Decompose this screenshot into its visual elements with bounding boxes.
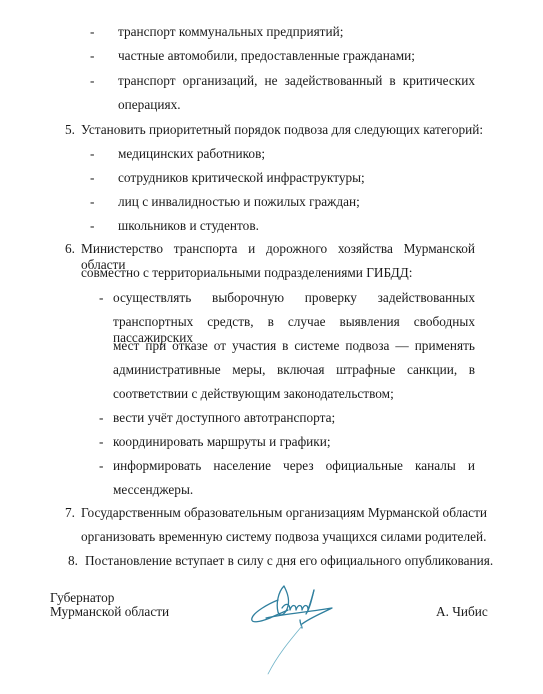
item-8-text: Постановление вступает в силу с дня его …: [85, 553, 493, 569]
list-item: медицинских работников;: [118, 146, 265, 162]
list-item: сотрудников критической инфраструктуры;: [118, 170, 365, 186]
item-6-text-continuation: совместно с территориальными подразделен…: [81, 265, 412, 281]
list-item-continuation: операциях.: [118, 97, 181, 113]
list-item-continuation: соответствии с действующим законодательс…: [113, 386, 394, 402]
bullet-dash: -: [90, 48, 94, 64]
list-item: информировать население через официальны…: [113, 458, 475, 474]
bullet-dash: -: [90, 24, 94, 40]
item-number-6: 6.: [65, 241, 75, 257]
list-item: координировать маршруты и графики;: [113, 434, 331, 450]
list-item: лиц с инвалидностью и пожилых граждан;: [118, 194, 360, 210]
item-7-text-continuation: организовать временную систему подвоза у…: [81, 529, 486, 545]
item-number-7: 7.: [65, 505, 75, 521]
handwritten-signature-icon: [248, 578, 348, 678]
list-item: осуществлять выборочную проверку задейст…: [113, 290, 475, 306]
list-item: транспорт коммунальных предприятий;: [118, 24, 343, 40]
bullet-dash: -: [90, 218, 94, 234]
signatory-region: Мурманской области: [50, 605, 169, 619]
bullet-dash: -: [90, 194, 94, 210]
item-number-8: 8.: [68, 553, 78, 569]
signatory-title: Губернатор: [50, 591, 114, 605]
bullet-dash: -: [99, 410, 103, 426]
item-5-text: Установить приоритетный порядок подвоза …: [81, 122, 483, 138]
item-number-5: 5.: [65, 122, 75, 138]
bullet-dash: -: [99, 290, 103, 306]
bullet-dash: -: [90, 170, 94, 186]
document-page: - транспорт коммунальных предприятий; - …: [0, 0, 543, 694]
list-item: вести учёт доступного автотранспорта;: [113, 410, 335, 426]
bullet-dash: -: [99, 458, 103, 474]
list-item-continuation: административные меры, включая штрафные …: [113, 362, 475, 378]
bullet-dash: -: [90, 73, 94, 89]
bullet-dash: -: [90, 146, 94, 162]
list-item-continuation: мессенджеры.: [113, 482, 193, 498]
bullet-dash: -: [99, 434, 103, 450]
list-item: школьников и студентов.: [118, 218, 259, 234]
signatory-name: А. Чибис: [436, 605, 488, 619]
list-item-continuation: мест при отказе от участия в системе под…: [113, 338, 475, 354]
list-item: транспорт организаций, не задействованны…: [118, 73, 475, 89]
list-item: частные автомобили, предоставленные граж…: [118, 48, 415, 64]
item-7-text: Государственным образовательным организа…: [81, 505, 487, 521]
